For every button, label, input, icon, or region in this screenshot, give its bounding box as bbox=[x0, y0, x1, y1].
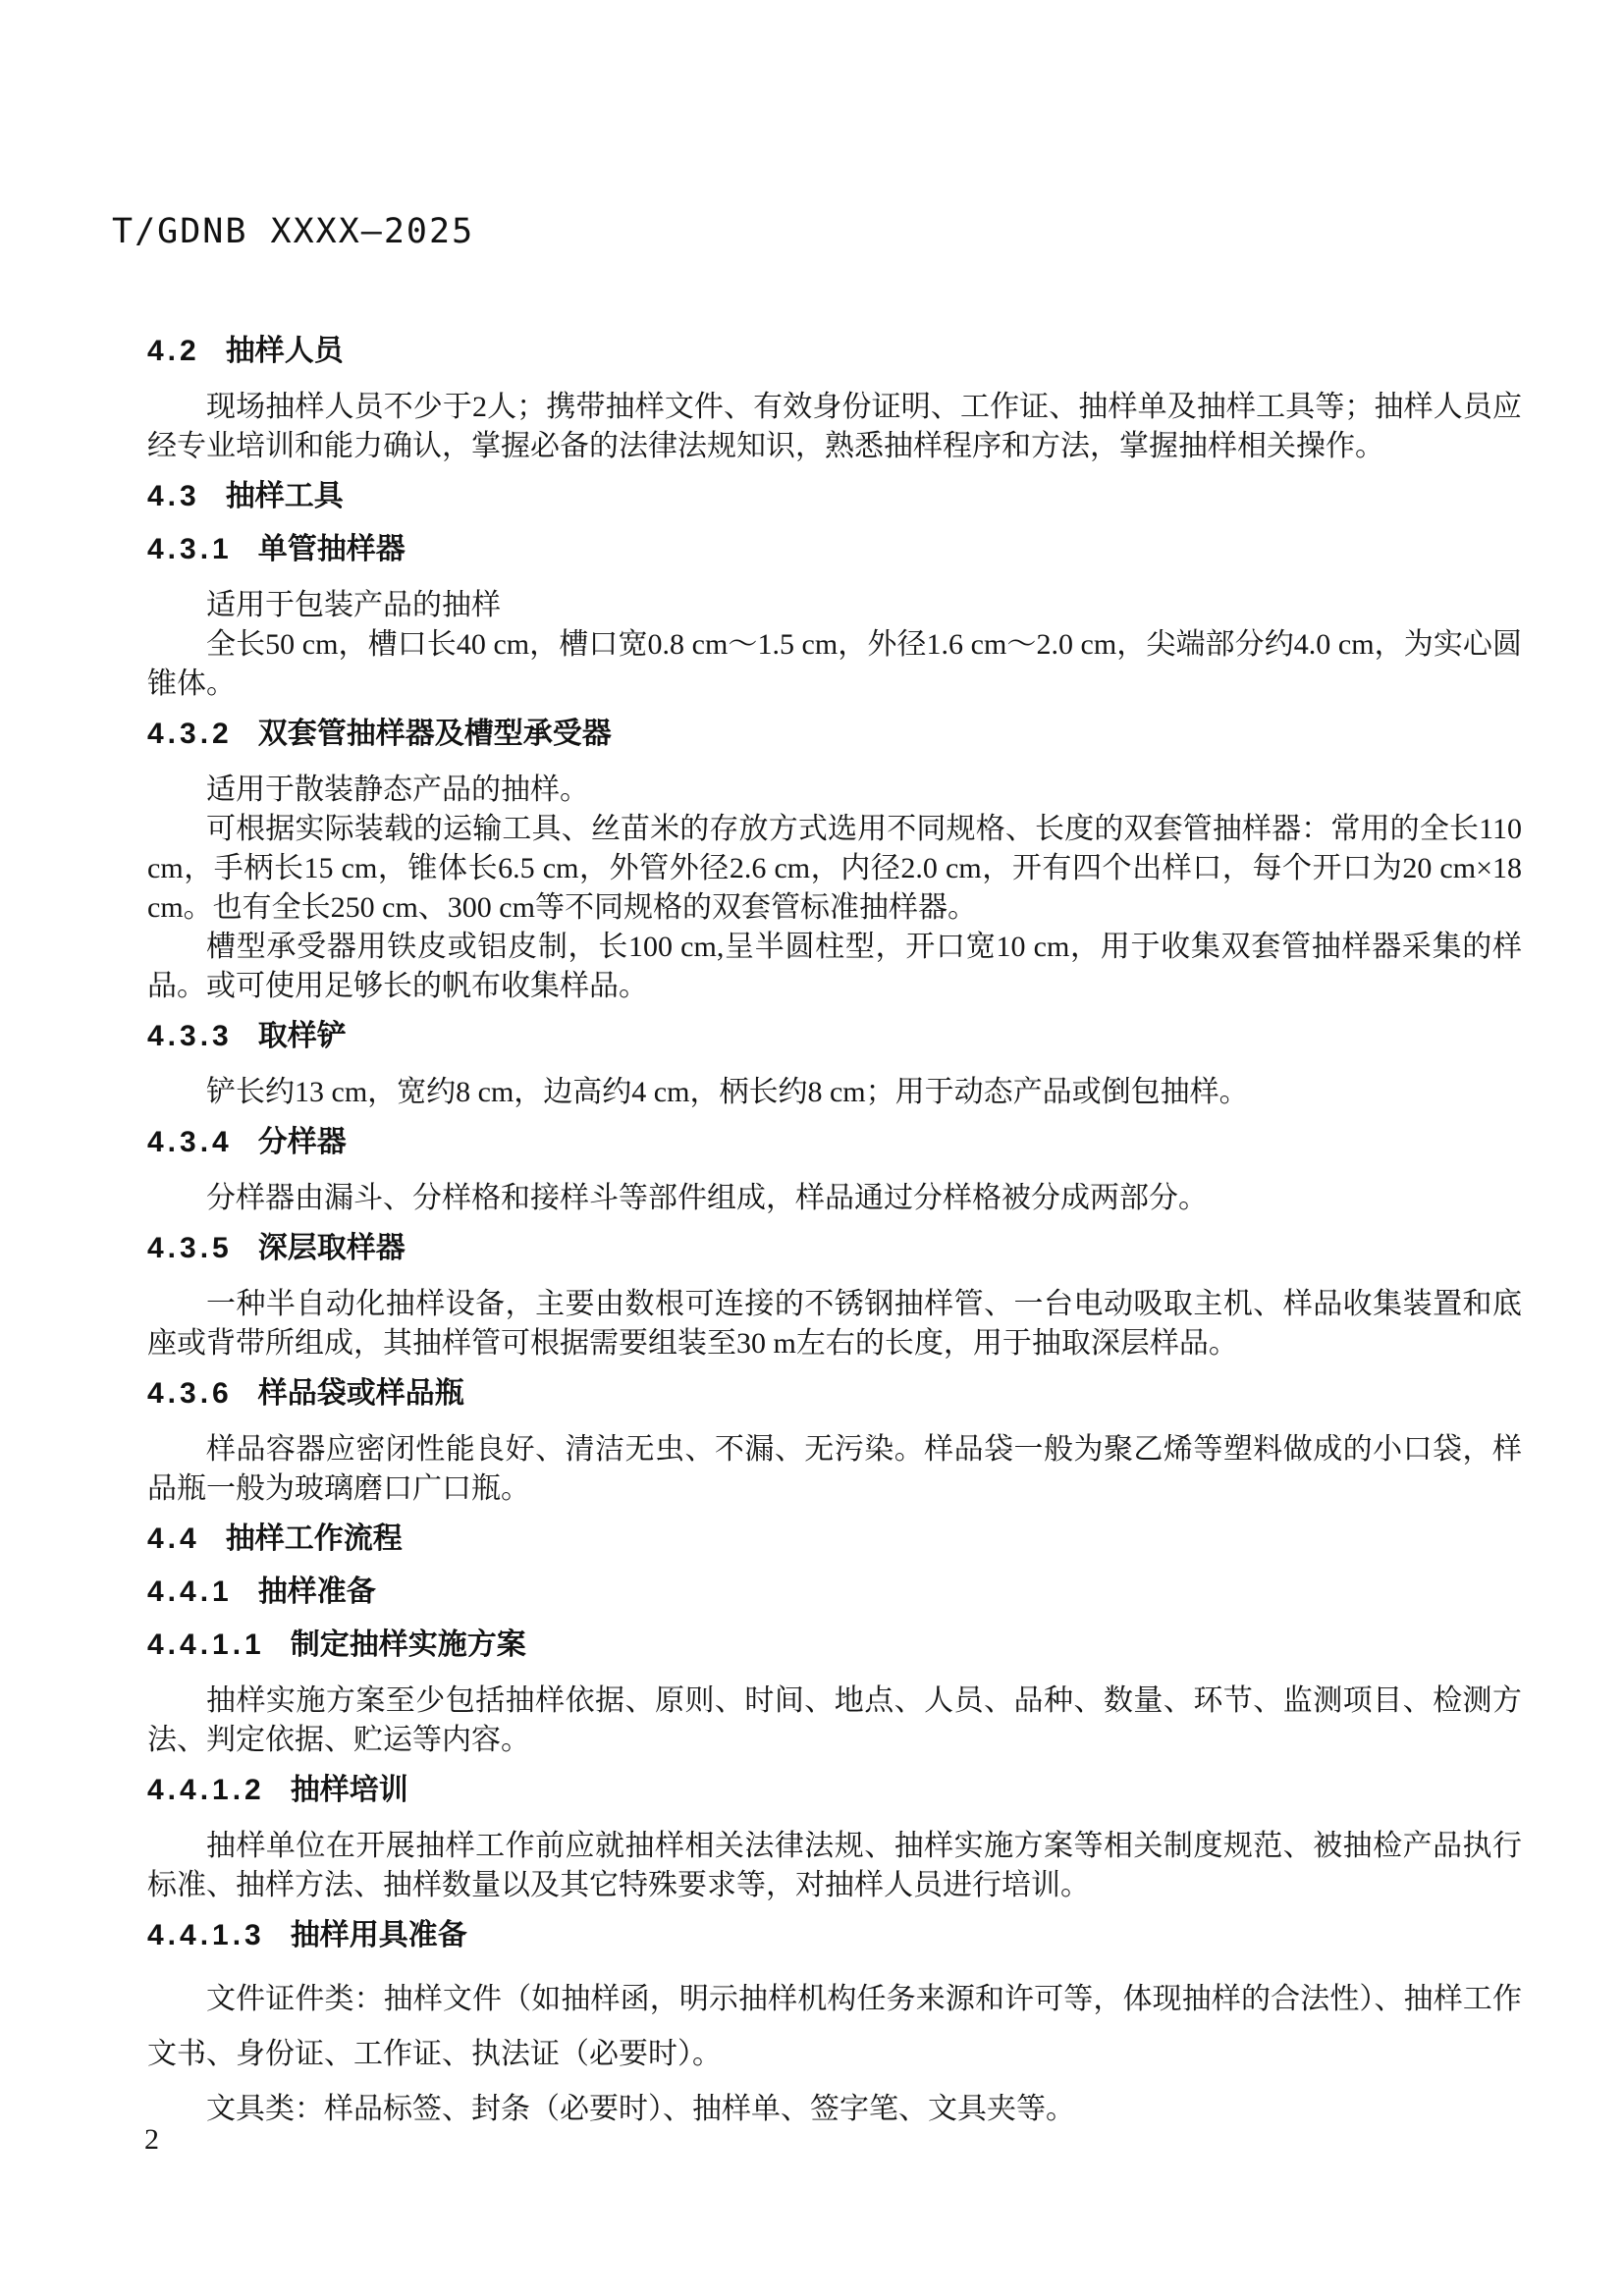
paragraph: 文件证件类：抽样文件（如抽样函，明示抽样机构任务来源和许可等，体现抽样的合法性）… bbox=[147, 1972, 1522, 2082]
heading-title: 单管抽样器 bbox=[258, 533, 406, 565]
heading-title: 抽样工作流程 bbox=[226, 1522, 403, 1555]
heading-title: 抽样工具 bbox=[226, 480, 344, 512]
heading-number: 4.4.1.2 bbox=[147, 1774, 265, 1806]
section-heading: 4.4.1抽样准备 bbox=[147, 1575, 1522, 1609]
heading-number: 4.3.5 bbox=[147, 1232, 233, 1264]
section-heading: 4.4.1.3抽样用具准备 bbox=[147, 1919, 1522, 1952]
paragraph: 样品容器应密闭性能良好、清洁无虫、不漏、无污染。样品袋一般为聚乙烯等塑料做成的小… bbox=[147, 1430, 1522, 1509]
section-heading: 4.3.6样品袋或样品瓶 bbox=[147, 1377, 1522, 1411]
heading-title: 深层取样器 bbox=[258, 1232, 406, 1264]
section-heading: 4.3抽样工具 bbox=[147, 480, 1522, 513]
heading-number: 4.4.1 bbox=[147, 1575, 233, 1608]
section-heading: 4.4抽样工作流程 bbox=[147, 1522, 1522, 1556]
heading-number: 4.4 bbox=[147, 1522, 200, 1555]
heading-title: 抽样准备 bbox=[258, 1575, 376, 1608]
heading-number: 4.4.1.1 bbox=[147, 1629, 265, 1661]
paragraph: 铲长约13 cm，宽约8 cm，边高约4 cm，柄长约8 cm；用于动态产品或倒… bbox=[147, 1073, 1522, 1112]
paragraph: 抽样实施方案至少包括抽样依据、原则、时间、地点、人员、品种、数量、环节、监测项目… bbox=[147, 1682, 1522, 1760]
heading-title: 双套管抽样器及槽型承受器 bbox=[258, 718, 612, 750]
section-heading: 4.3.5深层取样器 bbox=[147, 1232, 1522, 1265]
paragraph: 分样器由漏斗、分样格和接样斗等部件组成，样品通过分样格被分成两部分。 bbox=[147, 1179, 1522, 1218]
paragraph: 全长50 cm，槽口长40 cm，槽口宽0.8 cm～1.5 cm，外径1.6 … bbox=[147, 625, 1522, 704]
heading-title: 制定抽样实施方案 bbox=[291, 1629, 526, 1661]
section-heading: 4.4.1.2抽样培训 bbox=[147, 1774, 1522, 1807]
heading-number: 4.3 bbox=[147, 480, 200, 512]
section-heading: 4.2抽样人员 bbox=[147, 335, 1522, 368]
heading-title: 分样器 bbox=[258, 1126, 347, 1158]
heading-title: 样品袋或样品瓶 bbox=[258, 1377, 464, 1410]
section-heading: 4.3.3取样铲 bbox=[147, 1020, 1522, 1053]
paragraph: 可根据实际装载的运输工具、丝苗米的存放方式选用不同规格、长度的双套管抽样器：常用… bbox=[147, 810, 1522, 928]
heading-number: 4.3.2 bbox=[147, 718, 233, 750]
heading-number: 4.3.4 bbox=[147, 1126, 233, 1158]
document-page: T/GDNB XXXX—2025 4.2抽样人员现场抽样人员不少于2人；携带抽样… bbox=[0, 0, 1624, 2296]
heading-title: 取样铲 bbox=[258, 1020, 347, 1052]
heading-title: 抽样用具准备 bbox=[291, 1919, 467, 1951]
paragraph: 抽样单位在开展抽样工作前应就抽样相关法律法规、抽样实施方案等相关制度规范、被抽检… bbox=[147, 1827, 1522, 1905]
heading-number: 4.3.1 bbox=[147, 533, 233, 565]
heading-number: 4.4.1.3 bbox=[147, 1919, 265, 1951]
section-heading: 4.4.1.1制定抽样实施方案 bbox=[147, 1629, 1522, 1662]
paragraph: 槽型承受器用铁皮或铝皮制，长100 cm,呈半圆柱型，开口宽10 cm，用于收集… bbox=[147, 928, 1522, 1006]
heading-title: 抽样培训 bbox=[291, 1774, 408, 1806]
section-heading: 4.3.1单管抽样器 bbox=[147, 533, 1522, 566]
document-code-header: T/GDNB XXXX—2025 bbox=[112, 212, 474, 251]
paragraph: 现场抽样人员不少于2人；携带抽样文件、有效身份证明、工作证、抽样单及抽样工具等；… bbox=[147, 388, 1522, 466]
paragraph: 一种半自动化抽样设备，主要由数根可连接的不锈钢抽样管、一台电动吸取主机、样品收集… bbox=[147, 1285, 1522, 1363]
section-heading: 4.3.4分样器 bbox=[147, 1126, 1522, 1159]
heading-number: 4.3.3 bbox=[147, 1020, 233, 1052]
heading-number: 4.3.6 bbox=[147, 1377, 233, 1410]
paragraph: 适用于散装静态产品的抽样。 bbox=[147, 771, 1522, 810]
document-body: 4.2抽样人员现场抽样人员不少于2人；携带抽样文件、有效身份证明、工作证、抽样单… bbox=[147, 321, 1522, 2159]
section-heading: 4.3.2双套管抽样器及槽型承受器 bbox=[147, 718, 1522, 751]
heading-number: 4.2 bbox=[147, 335, 200, 367]
paragraph: 适用于包装产品的抽样 bbox=[147, 586, 1522, 625]
heading-title: 抽样人员 bbox=[226, 335, 344, 367]
